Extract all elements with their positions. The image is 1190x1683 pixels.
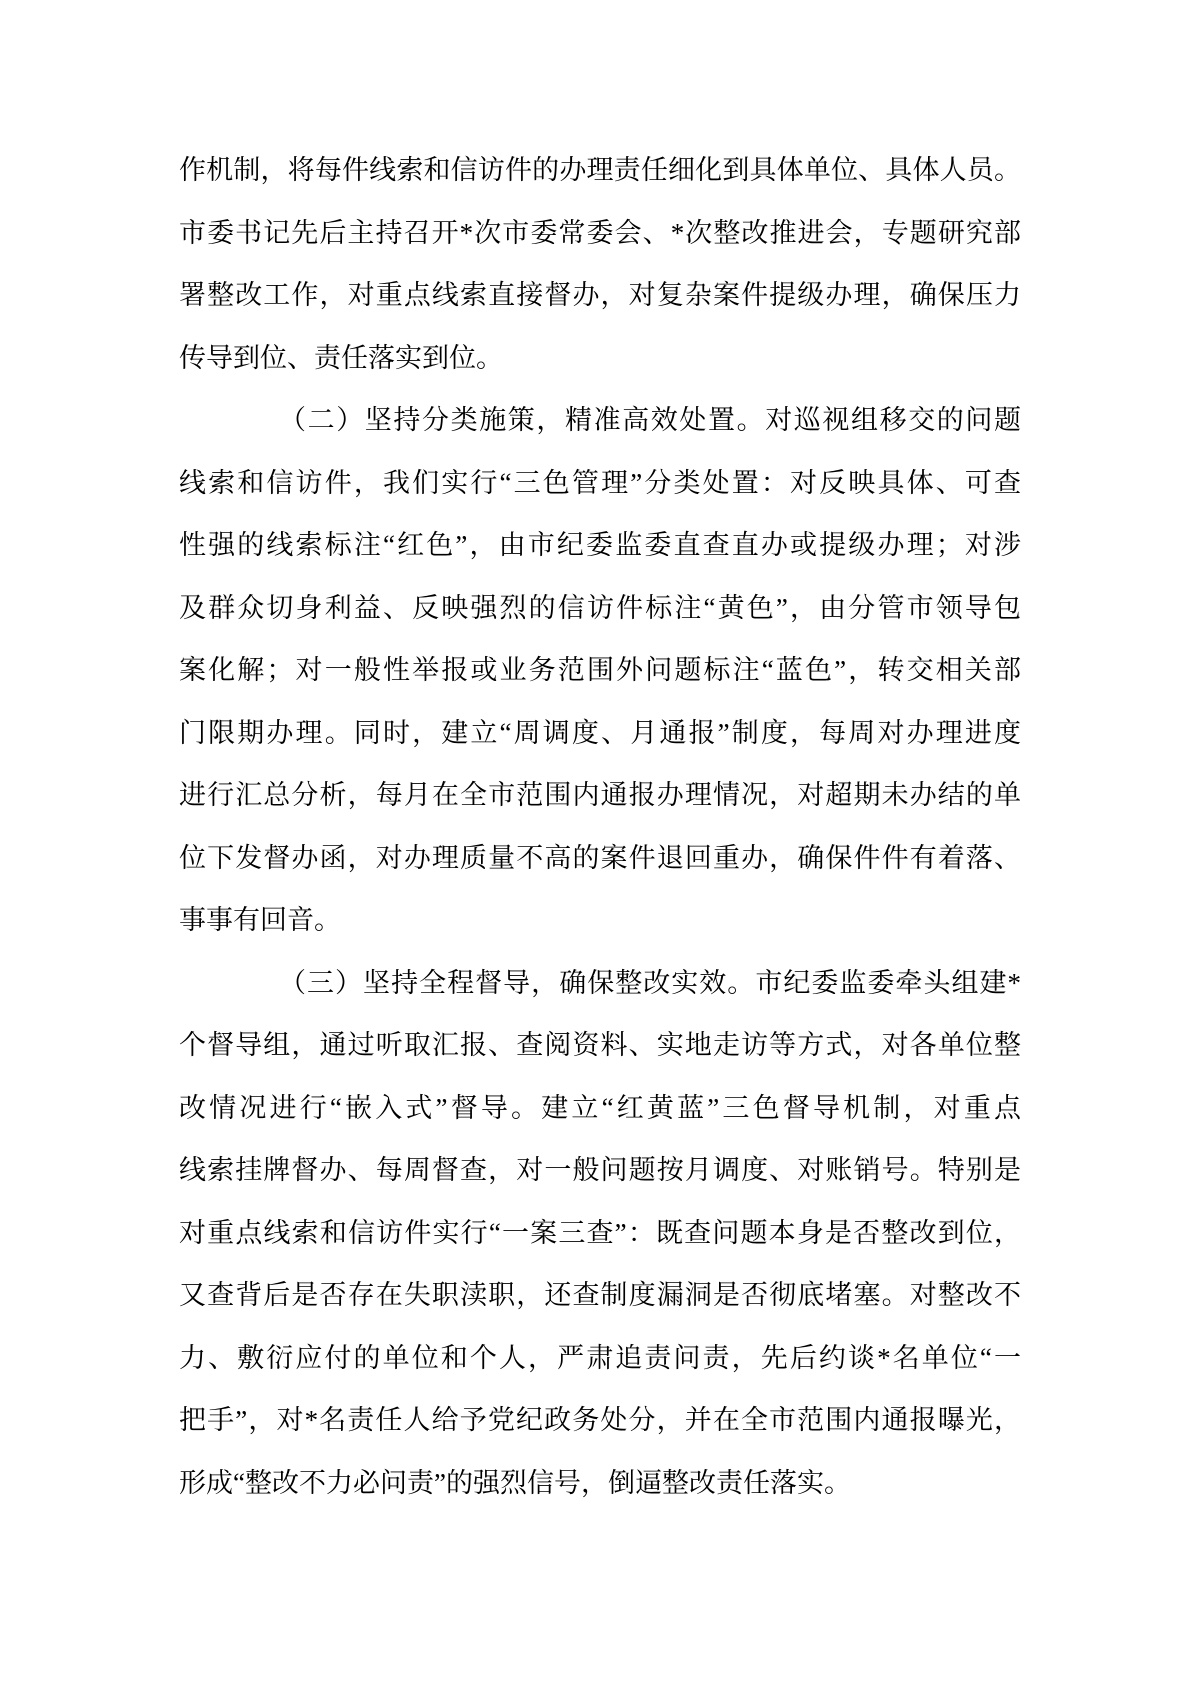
text-line: 改情况进行“嵌入式”督导。建立“红黄蓝”三色督导机制，对重点 bbox=[179, 1077, 1021, 1140]
text-line: （三）坚持全程督导，确保整改实效。市纪委监委牵头组建* bbox=[179, 952, 1021, 1015]
text-line: 位下发督办函，对办理质量不高的案件退回重办，确保件件有着落、 bbox=[179, 827, 1021, 890]
text-line: 线索和信访件，我们实行“三色管理”分类处置：对反映具体、可查 bbox=[179, 452, 1021, 515]
text-line: 传导到位、责任落实到位。 bbox=[179, 327, 1021, 390]
text-line: 案化解；对一般性举报或业务范围外问题标注“蓝色”，转交相关部 bbox=[179, 639, 1021, 702]
text-line: 个督导组，通过听取汇报、查阅资料、实地走访等方式，对各单位整 bbox=[179, 1014, 1021, 1077]
text-line: 署整改工作，对重点线索直接督办，对复杂案件提级办理，确保压力 bbox=[179, 264, 1021, 327]
text-line: 进行汇总分析，每月在全市范围内通报办理情况，对超期未办结的单 bbox=[179, 764, 1021, 827]
text-line: 及群众切身利益、反映强烈的信访件标注“黄色”，由分管市领导包 bbox=[179, 577, 1021, 640]
paragraph-section-3: （三）坚持全程督导，确保整改实效。市纪委监委牵头组建* 个督导组，通过听取汇报、… bbox=[179, 952, 1021, 1515]
paragraph-continuation: 作机制，将每件线索和信访件的办理责任细化到具体单位、具体人员。 市委书记先后主持… bbox=[179, 139, 1021, 389]
text-line: 对重点线索和信访件实行“一案三查”：既查问题本身是否整改到位， bbox=[179, 1202, 1021, 1265]
text-line: 门限期办理。同时，建立“周调度、月通报”制度，每周对办理进度 bbox=[179, 702, 1021, 765]
paragraph-section-2: （二）坚持分类施策，精准高效处置。对巡视组移交的问题 线索和信访件，我们实行“三… bbox=[179, 389, 1021, 952]
text-line: 性强的线索标注“红色”，由市纪委监委直查直办或提级办理；对涉 bbox=[179, 514, 1021, 577]
text-line: 形成“整改不力必问责”的强烈信号，倒逼整改责任落实。 bbox=[179, 1452, 1021, 1515]
text-line: 市委书记先后主持召开*次市委常委会、*次整改推进会，专题研究部 bbox=[179, 202, 1021, 265]
text-line: 事事有回音。 bbox=[179, 889, 1021, 952]
text-line: （二）坚持分类施策，精准高效处置。对巡视组移交的问题 bbox=[179, 389, 1021, 452]
text-line: 把手”，对*名责任人给予党纪政务处分，并在全市范围内通报曝光， bbox=[179, 1389, 1021, 1452]
document-page: 作机制，将每件线索和信访件的办理责任细化到具体单位、具体人员。 市委书记先后主持… bbox=[0, 0, 1190, 1683]
text-line: 作机制，将每件线索和信访件的办理责任细化到具体单位、具体人员。 bbox=[179, 139, 1021, 202]
text-line: 又查背后是否存在失职渎职，还查制度漏洞是否彻底堵塞。对整改不 bbox=[179, 1264, 1021, 1327]
text-line: 线索挂牌督办、每周督查，对一般问题按月调度、对账销号。特别是 bbox=[179, 1139, 1021, 1202]
text-line: 力、敷衍应付的单位和个人，严肃追责问责，先后约谈*名单位“一 bbox=[179, 1327, 1021, 1390]
text-column: 作机制，将每件线索和信访件的办理责任细化到具体单位、具体人员。 市委书记先后主持… bbox=[179, 139, 1021, 1514]
